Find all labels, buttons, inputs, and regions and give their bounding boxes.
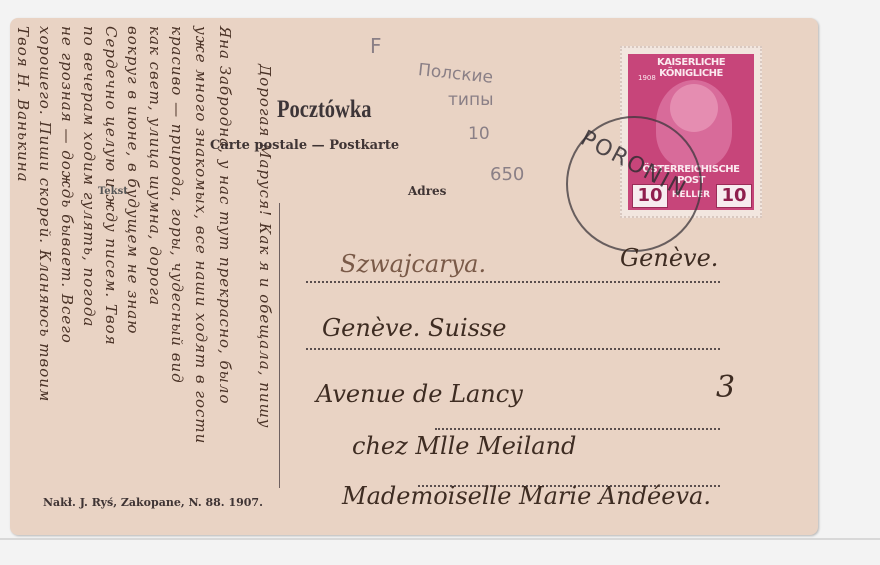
- address-dotted-line-2: [306, 348, 720, 350]
- message-line: Яна Забродна, у нас тут прекрасно, было: [216, 26, 234, 404]
- pencil-price: 650: [490, 164, 524, 185]
- message-line: Твоя Н. Ванькина: [14, 26, 32, 183]
- pencil-note-line2: типы: [448, 90, 494, 110]
- address-city-top: Genève.: [620, 244, 718, 272]
- address-label: Adres: [408, 184, 446, 198]
- vertical-divider: [279, 203, 280, 488]
- pencil-note-line3: 10: [468, 124, 490, 144]
- message-line: вокруг в июне, в будущем не знаю: [124, 26, 142, 334]
- address-country: Szwajcarya.: [340, 250, 486, 278]
- address-house-number: 3: [716, 370, 735, 405]
- message-line: Дорогая Маруся! Как я и обещала, пишу: [256, 64, 274, 429]
- message-line: красиво — природа, горы, чудесный вид: [168, 26, 186, 384]
- address-city-country: Genève. Suisse: [322, 314, 506, 342]
- text-label: Tekst: [98, 186, 128, 197]
- message-line: уже много знакомых, все наши ходят в гос…: [192, 26, 210, 444]
- background-edge: [0, 538, 880, 540]
- address-dotted-line-3: [435, 428, 720, 430]
- message-line: не грозная — дождь бывает. Всего: [58, 26, 76, 344]
- postcard-subtitle: Carte postale — Postkarte: [210, 138, 399, 153]
- postcard: Твоя Н. Ванькина хорошего. Пиши скорей. …: [10, 18, 818, 535]
- stamp-value-right: 10: [716, 184, 752, 208]
- address-street: Avenue de Lancy: [316, 380, 523, 408]
- message-line: хорошего. Пиши скорей. Кланяюсь твоим: [36, 26, 54, 402]
- address-care-of: chez Mlle Meiland: [352, 432, 576, 460]
- stamp-year: 1908: [638, 74, 656, 82]
- message-line: по вечерам ходим гулять, погода: [80, 26, 98, 327]
- pencil-note-line1: Полские: [417, 60, 494, 88]
- portrait-head: [670, 84, 718, 132]
- message-line: как свет, улица шумна, дорога: [146, 26, 164, 306]
- postcard-title: Pocztówka: [277, 96, 372, 124]
- address-dotted-line-1: [306, 281, 720, 283]
- pencil-letter: F: [370, 34, 382, 58]
- address-recipient: Mademoiselle Marie Andéeva.: [342, 482, 711, 510]
- publisher-imprint: Nakł. J. Ryś, Zakopane, N. 88. 1907.: [43, 496, 263, 509]
